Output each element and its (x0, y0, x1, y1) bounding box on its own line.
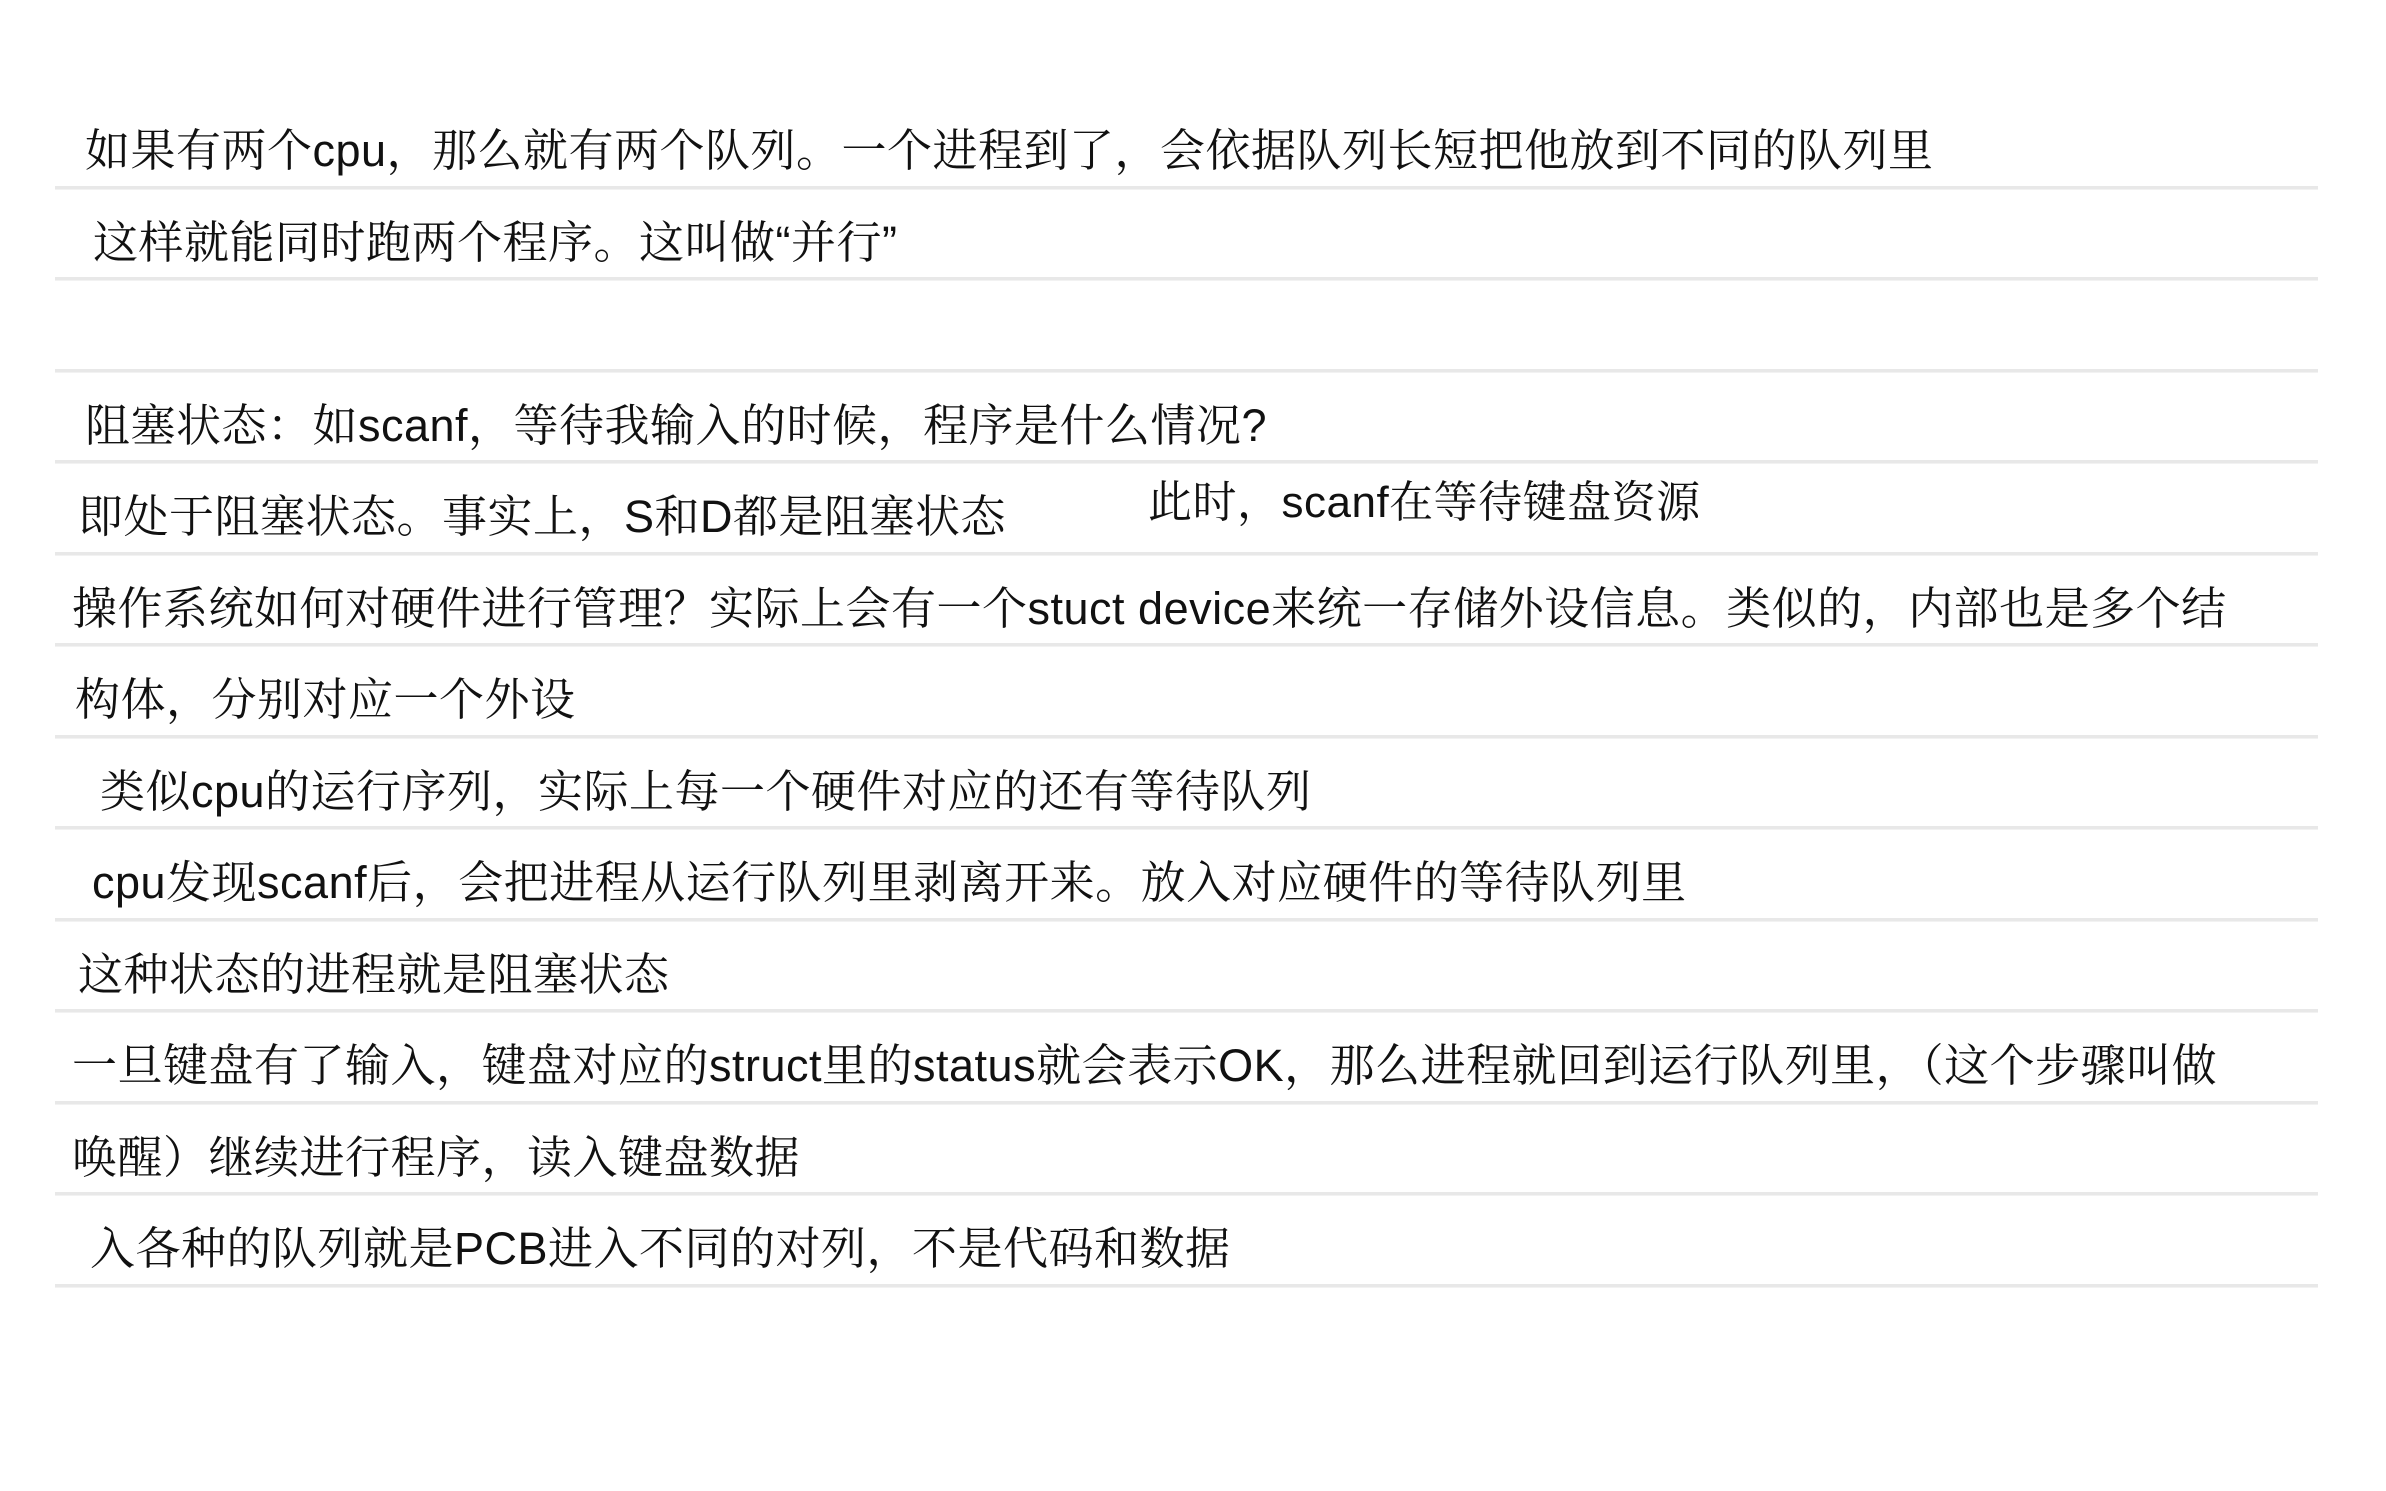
note-line-text: 操作系统如何对硬件进行管理？实际上会有一个stuct device来统一存储外设… (72, 584, 2227, 634)
note-line: 类似cpu的运行序列，实际上每一个硬件对应的还有等待队列 (55, 738, 2318, 830)
note-line-text: 这种状态的进程就是阻塞状态 (78, 950, 670, 1000)
note-line-text: 一旦键盘有了输入，键盘对应的struct里的status就会表示OK，那么进程就… (72, 1041, 2217, 1091)
note-line: 构体，分别对应一个外设 (55, 646, 2318, 738)
note-line-text: 如果有两个cpu，那么就有两个队列。一个进程到了，会依据队列长短把他放到不同的队… (85, 126, 1934, 176)
note-line: cpu发现scanf后，会把进程从运行队列里剥离开来。放入对应硬件的等待队列里 (55, 829, 2318, 921)
note-line: 这种状态的进程就是阻塞状态 (55, 921, 2318, 1013)
note-line: 这样就能同时跑两个程序。这叫做“并行” (55, 189, 2318, 281)
note-line: 即处于阻塞状态。事实上，S和D都是阻塞状态 此时，scanf在等待键盘资源 (55, 463, 2318, 555)
note-page: 如果有两个cpu，那么就有两个队列。一个进程到了，会依据队列长短把他放到不同的队… (0, 0, 2386, 1491)
note-line: 如果有两个cpu，那么就有两个队列。一个进程到了，会依据队列长短把他放到不同的队… (55, 97, 2318, 189)
note-line-text: cpu发现scanf后，会把进程从运行队列里剥离开来。放入对应硬件的等待队列里 (92, 858, 1687, 908)
note-line-text: 这样就能同时跑两个程序。这叫做“并行” (93, 218, 897, 268)
note-ruled-area: 如果有两个cpu，那么就有两个队列。一个进程到了，会依据队列长短把他放到不同的队… (55, 97, 2318, 1287)
note-line-text: 入各种的队列就是PCB进入不同的对列，不是代码和数据 (90, 1224, 1231, 1274)
note-line-text: 阻塞状态：如scanf，等待我输入的时候，程序是什么情况? (85, 401, 1267, 451)
note-line-text: 构体，分别对应一个外设 (75, 675, 576, 725)
note-line-text: 唤醒）继续进行程序，读入键盘数据 (72, 1133, 800, 1183)
note-line: 一旦键盘有了输入，键盘对应的struct里的status就会表示OK，那么进程就… (55, 1012, 2318, 1104)
note-line: 操作系统如何对硬件进行管理？实际上会有一个stuct device来统一存储外设… (55, 555, 2318, 647)
note-line-text: 即处于阻塞状态。事实上，S和D都是阻塞状态 (78, 492, 1006, 542)
note-inline-annotation: 此时，scanf在等待键盘资源 (1148, 479, 1701, 527)
note-line-text: 类似cpu的运行序列，实际上每一个硬件对应的还有等待队列 (100, 767, 1312, 817)
note-line: 阻塞状态：如scanf，等待我输入的时候，程序是什么情况? (55, 372, 2318, 464)
note-line: 唤醒）继续进行程序，读入键盘数据 (55, 1104, 2318, 1196)
note-line-empty (55, 280, 2318, 372)
note-line: 入各种的队列就是PCB进入不同的对列，不是代码和数据 (55, 1195, 2318, 1287)
